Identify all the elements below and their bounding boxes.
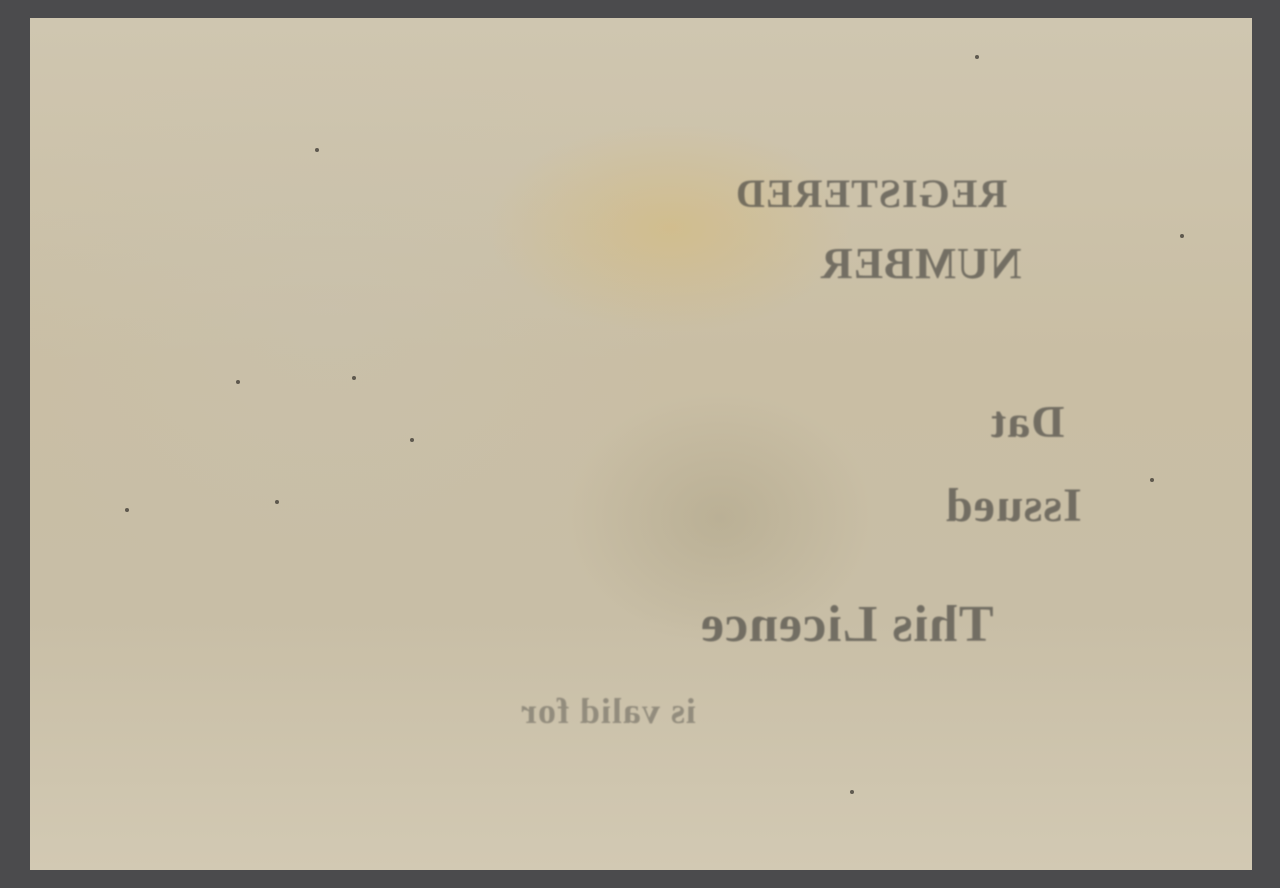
stamp-paper: [30, 18, 1252, 870]
showthrough-line-1: REGISTERED: [735, 170, 1007, 217]
perforation-top: [30, 4, 1252, 32]
showthrough-line-6: is valid for: [520, 690, 696, 732]
perforation-bottom: [30, 856, 1252, 884]
showthrough-line-5: This Licence: [700, 595, 994, 654]
showthrough-line-2: NUMBER: [820, 238, 1022, 289]
speck: [352, 376, 356, 380]
speck: [275, 500, 279, 504]
speck: [850, 790, 854, 794]
speck: [236, 380, 240, 384]
speck: [1150, 478, 1154, 482]
speck: [975, 55, 979, 59]
speck: [315, 148, 319, 152]
showthrough-line-3: Dat: [990, 395, 1065, 448]
speck: [410, 438, 414, 442]
speck: [125, 508, 129, 512]
perforation-right: [1238, 18, 1266, 870]
speck: [1180, 234, 1184, 238]
perforation-left: [16, 18, 44, 870]
showthrough-line-4: Issued: [945, 478, 1082, 533]
